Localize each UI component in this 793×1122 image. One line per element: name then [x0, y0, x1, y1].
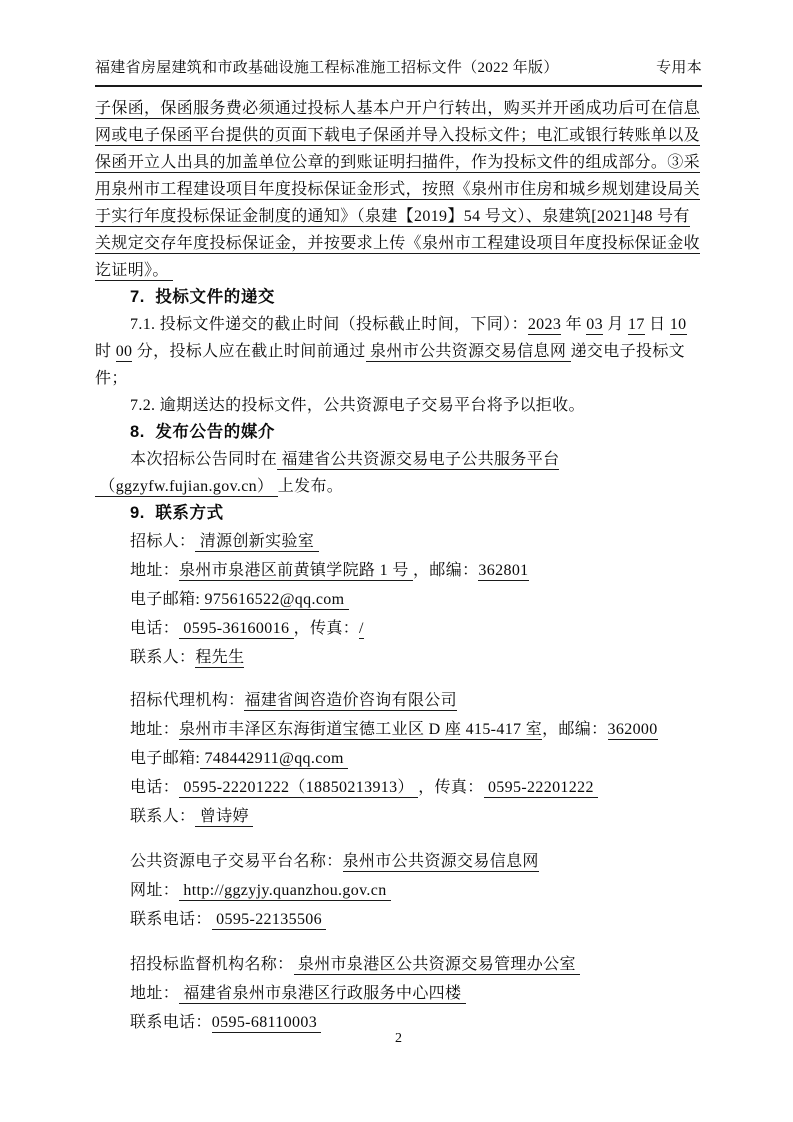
text-line: 地址：泉州市丰泽区东海街道宝德工业区 D 座 415-417 室，邮编：3620…: [95, 715, 703, 744]
text-line: 电子邮箱: 748442911@qq.com: [95, 744, 703, 773]
text-line: 电话： 0595-36160016 ，传真：/: [95, 614, 703, 643]
text-line: 本次招标公告同时在 福建省公共资源交易电子公共服务平台: [95, 446, 703, 473]
text-line: 招标代理机构：福建省闽咨造价咨询有限公司: [95, 686, 703, 715]
filled-blank-value: 2023: [528, 316, 561, 335]
text-segment: 时: [95, 343, 116, 360]
filled-blank-value: 保函开立人出具的加盖单位公章的到账证明扫描件，作为投标文件的组成部分。③采: [95, 154, 700, 173]
text-segment: ，邮编：: [542, 721, 607, 738]
text-line: 地址：泉州市泉港区前黄镇学院路 1 号 ，邮编：362801: [95, 556, 703, 585]
text-segment: 地址：: [130, 721, 179, 738]
filled-blank-value: （ggzyfw.fujian.gov.cn）: [95, 478, 278, 497]
filled-blank-value: 泉州市泉港区公共资源交易管理办公室: [294, 956, 581, 975]
filled-blank-value: 泉州市公共资源交易信息网: [366, 343, 571, 362]
text-segment: 招投标监督机构名称：: [130, 956, 294, 973]
filled-blank-value: 0595-36160016: [179, 620, 294, 639]
filled-blank-value: /: [359, 620, 364, 639]
filled-blank-value: 曾诗婷: [195, 808, 253, 827]
document-body: 子保函，保函服务费必须通过投标人基本户开户行转出，购买并开函成功后可在信息网或电…: [95, 95, 703, 1037]
section-heading: 9. 联系方式: [95, 500, 703, 527]
text-segment: 联系电话：: [130, 911, 212, 928]
filled-blank-value: 用泉州市工程建设项目年度投标保证金形式，按照《泉州市住房和城乡规划建设局关: [95, 181, 700, 200]
filled-blank-value: 748442911@qq.com: [200, 750, 348, 769]
text-segment: ，传真：: [294, 620, 359, 637]
filled-blank-value: 福建省公共资源交易电子公共服务平台: [277, 451, 559, 470]
text-line: 公共资源电子交易平台名称：泉州市公共资源交易信息网: [95, 847, 703, 876]
text-line: 联系人：程先生: [95, 643, 703, 672]
document-page: 福建省房屋建筑和市政基础设施工程标准施工招标文件（2022 年版） 专用本 子保…: [0, 0, 793, 1122]
text-segment: 联系人：: [130, 808, 195, 825]
filled-blank-value: 程先生: [195, 649, 244, 668]
text-segment: 7.2. 逾期送达的投标文件，公共资源电子交易平台将予以拒收。: [130, 397, 585, 414]
filled-blank-value: 362000: [608, 721, 658, 740]
text-segment: 7. 投标文件的递交: [130, 288, 275, 306]
text-line: （ggzyfw.fujian.gov.cn） 上发布。: [95, 473, 703, 500]
text-segment: 件；: [95, 370, 128, 387]
filled-blank-value: 00: [116, 343, 133, 362]
section-heading: 7. 投标文件的递交: [95, 284, 703, 311]
text-segment: 日: [645, 316, 670, 333]
filled-blank-value: 讫证明》。: [95, 262, 173, 281]
text-segment: 招标人：: [130, 533, 195, 550]
filled-blank-value: 10: [670, 316, 687, 335]
text-segment: 月: [603, 316, 628, 333]
text-segment: 地址：: [130, 985, 179, 1002]
text-segment: 联系电话：: [130, 1014, 212, 1031]
text-segment: 9. 联系方式: [130, 504, 224, 522]
text-line: 用泉州市工程建设项目年度投标保证金形式，按照《泉州市住房和城乡规划建设局关: [95, 176, 703, 203]
text-line: 子保函，保函服务费必须通过投标人基本户开户行转出，购买并开函成功后可在信息: [95, 95, 703, 122]
text-line: 关规定交存年度投标保证金，并按要求上传《泉州市工程建设项目年度投标保证金收: [95, 230, 703, 257]
filled-blank-value: http://ggzyjy.quanzhou.gov.cn: [179, 882, 391, 901]
text-line: 联系人： 曾诗婷: [95, 802, 703, 831]
text-segment: ，传真：: [418, 779, 483, 796]
text-line: 件；: [95, 365, 703, 392]
filled-blank-value: 03: [586, 316, 603, 335]
header-edition-label: 专用本: [656, 56, 702, 77]
text-line: 地址： 福建省泉州市泉港区行政服务中心四楼: [95, 979, 703, 1008]
filled-blank-value: 0595-22201222（18850213913）: [179, 779, 418, 798]
text-line: 电话： 0595-22201222（18850213913） ，传真： 0595…: [95, 773, 703, 802]
text-segment: 网址：: [130, 882, 179, 899]
filled-blank-value: 泉州市公共资源交易信息网: [343, 853, 539, 872]
text-segment: 地址：: [130, 562, 179, 579]
text-segment: 电子邮箱:: [130, 591, 200, 608]
page-number: 2: [395, 1031, 402, 1046]
text-segment: 电话：: [130, 779, 179, 796]
page-header: 福建省房屋建筑和市政基础设施工程标准施工招标文件（2022 年版） 专用本: [95, 56, 702, 87]
text-segment: 电子邮箱:: [130, 750, 200, 767]
filled-blank-value: 975616522@qq.com: [200, 591, 349, 610]
text-segment: 7.1. 投标文件递交的截止时间（投标截止时间，下同）：: [130, 316, 528, 333]
filled-blank-value: 清源创新实验室: [195, 533, 318, 552]
filled-blank-value: 子保函，保函服务费必须通过投标人基本户开户行转出，购买并开函成功后可在信息: [95, 100, 700, 119]
filled-blank-value: 网或电子保函平台提供的页面下载电子保函并导入投标文件；电汇或银行转账单以及: [95, 127, 700, 146]
text-segment: 本次招标公告同时在: [130, 451, 277, 468]
text-segment: 上发布。: [278, 478, 343, 495]
text-segment: 分，投标人应在截止时间前通过: [132, 343, 365, 360]
filled-blank-value: 福建省闽咨造价咨询有限公司: [244, 692, 457, 711]
text-line: 讫证明》。: [95, 257, 703, 284]
page-footer: 2: [95, 1031, 702, 1047]
text-line: 网址： http://ggzyjy.quanzhou.gov.cn: [95, 876, 703, 905]
filled-blank-value: 362801: [478, 562, 528, 581]
text-segment: 招标代理机构：: [130, 692, 244, 709]
text-line: 7.2. 逾期送达的投标文件，公共资源电子交易平台将予以拒收。: [95, 392, 703, 419]
text-segment: 年: [561, 316, 586, 333]
filled-blank-value: 泉州市丰泽区东海街道宝德工业区 D 座 415-417 室: [179, 721, 542, 740]
text-segment: 递交电子投标文: [571, 343, 685, 360]
text-line: 网或电子保函平台提供的页面下载电子保函并导入投标文件；电汇或银行转账单以及: [95, 122, 703, 149]
filled-blank-value: 0595-22135506: [212, 911, 327, 930]
filled-blank-value: 于实行年度投标保证金制度的通知》（泉建【2019】54 号文）、泉建筑[2021…: [95, 208, 690, 227]
text-line: 于实行年度投标保证金制度的通知》（泉建【2019】54 号文）、泉建筑[2021…: [95, 203, 703, 230]
text-line: 时 00 分，投标人应在截止时间前通过 泉州市公共资源交易信息网 递交电子投标文: [95, 338, 703, 365]
filled-blank-value: 福建省泉州市泉港区行政服务中心四楼: [179, 985, 466, 1004]
text-line: 招投标监督机构名称： 泉州市泉港区公共资源交易管理办公室: [95, 950, 703, 979]
section-heading: 8. 发布公告的媒介: [95, 419, 703, 446]
text-segment: ，邮编：: [413, 562, 478, 579]
filled-blank-value: 0595-22201222: [484, 779, 599, 798]
text-line: 电子邮箱: 975616522@qq.com: [95, 585, 703, 614]
text-line: 保函开立人出具的加盖单位公章的到账证明扫描件，作为投标文件的组成部分。③采: [95, 149, 703, 176]
text-segment: 公共资源电子交易平台名称：: [130, 853, 343, 870]
text-line: 联系电话： 0595-22135506: [95, 905, 703, 934]
header-title: 福建省房屋建筑和市政基础设施工程标准施工招标文件（2022 年版）: [95, 56, 559, 77]
text-segment: 8. 发布公告的媒介: [130, 423, 275, 441]
text-segment: 联系人：: [130, 649, 195, 666]
text-line: 招标人： 清源创新实验室: [95, 527, 703, 556]
filled-blank-value: 关规定交存年度投标保证金，并按要求上传《泉州市工程建设项目年度投标保证金收: [95, 235, 700, 254]
text-segment: 电话：: [130, 620, 179, 637]
filled-blank-value: 17: [628, 316, 645, 335]
text-line: 7.1. 投标文件递交的截止时间（投标截止时间，下同）：2023 年 03 月 …: [95, 311, 703, 338]
filled-blank-value: 泉州市泉港区前黄镇学院路 1 号: [179, 562, 413, 581]
